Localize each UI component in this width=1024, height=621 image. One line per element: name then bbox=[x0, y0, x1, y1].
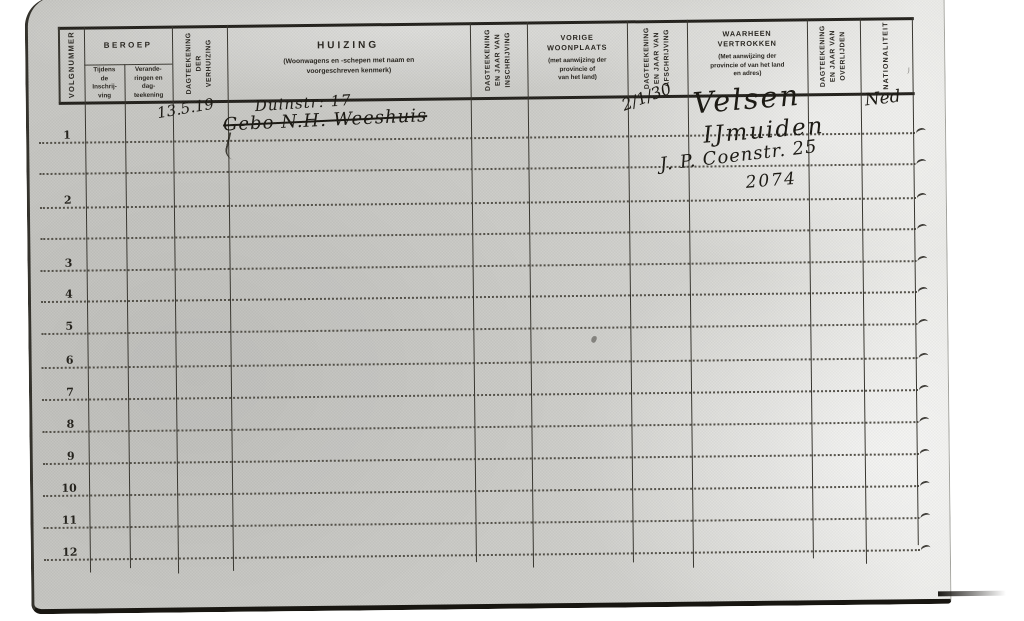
row-line-4 bbox=[41, 291, 917, 303]
row-number: 6 bbox=[60, 354, 80, 367]
row-number: 3 bbox=[58, 257, 78, 270]
column-header-vorige-woonplaats-sub: (met aanwijzing der provincie of van het… bbox=[527, 56, 627, 83]
row-line-5 bbox=[41, 323, 917, 335]
scanned-register-page: VOLGNUMMER BEROEP Tijdens de Inschrij- v… bbox=[0, 0, 1024, 621]
row-number: 10 bbox=[59, 482, 79, 495]
column-header-dagteekening-overlijden: DAGTEEKENING EN JAAR VAN OVERLIJDEN bbox=[818, 25, 848, 87]
column-divider bbox=[912, 17, 914, 93]
subcolumn-header-tijdens-inschrijving: Tijdens de Inschrij- ving bbox=[84, 66, 124, 100]
column-header-volgnummer: VOLGNUMMER bbox=[66, 31, 76, 98]
column-header-huizing: HUIZING bbox=[317, 40, 379, 52]
row-line-10 bbox=[43, 485, 919, 497]
card-bottom-edge-shadow bbox=[938, 591, 1006, 597]
row-line-3 bbox=[41, 260, 917, 272]
row-number: 11 bbox=[59, 514, 79, 527]
subcolumn-header-veranderingen: Verande- ringen en dag- teekening bbox=[124, 66, 172, 101]
scan-speck bbox=[904, 67, 909, 74]
column-header-dagteekening-inschrijving: DAGTEEKENING EN JAAR VAN INSCHRIJVING bbox=[483, 29, 513, 91]
column-header-huizing-sub: (Woonwagens en -schepen met naam en voor… bbox=[227, 55, 470, 77]
column-header-vorige-woonplaats: VORIGE WOONPLAATS bbox=[527, 32, 627, 53]
row-number: 1 bbox=[57, 129, 77, 142]
row-number: 4 bbox=[59, 288, 79, 301]
handwriting-destination-number: 2074 bbox=[745, 169, 798, 193]
row-line-11 bbox=[44, 517, 920, 529]
row-number: 2 bbox=[58, 194, 78, 207]
scan-speck bbox=[590, 335, 597, 343]
row-number: 5 bbox=[59, 320, 79, 333]
row-number: 9 bbox=[61, 450, 81, 463]
population-register-card: VOLGNUMMER BEROEP Tijdens de Inschrij- v… bbox=[25, 0, 952, 614]
row-line-7 bbox=[42, 389, 918, 401]
column-header-beroep: BEROEP bbox=[104, 40, 153, 50]
handwriting-nationality: Ned bbox=[864, 87, 902, 111]
row-line-9 bbox=[43, 453, 919, 465]
row-line-8 bbox=[42, 421, 918, 433]
row-line-2 bbox=[40, 197, 916, 209]
column-header-waarheen-vertrokken-sub: (Met aanwijzing der provincie of van het… bbox=[687, 52, 807, 79]
handwriting-huizing-previous-struck: Gebo N.H. Weeshuis bbox=[223, 105, 428, 135]
row-line-6 bbox=[42, 357, 918, 369]
row-number: 12 bbox=[60, 546, 80, 559]
ink-flourish bbox=[223, 132, 239, 160]
row-line-2b bbox=[40, 228, 916, 240]
row-number: 8 bbox=[60, 418, 80, 431]
column-header-dagteekening-verhuizing: DAGTEEKENING DER VERHUIZING bbox=[184, 32, 214, 94]
row-line-12 bbox=[44, 549, 920, 561]
row-number: 7 bbox=[60, 386, 80, 399]
handwriting-destination-place: Velsen bbox=[692, 78, 802, 121]
column-header-waarheen-vertrokken: WAARHEEN VERTROKKEN bbox=[687, 28, 807, 49]
column-divider bbox=[860, 18, 862, 94]
column-divider bbox=[58, 27, 61, 103]
column-header-nationaliteit: NATIONALITEIT bbox=[882, 21, 890, 89]
